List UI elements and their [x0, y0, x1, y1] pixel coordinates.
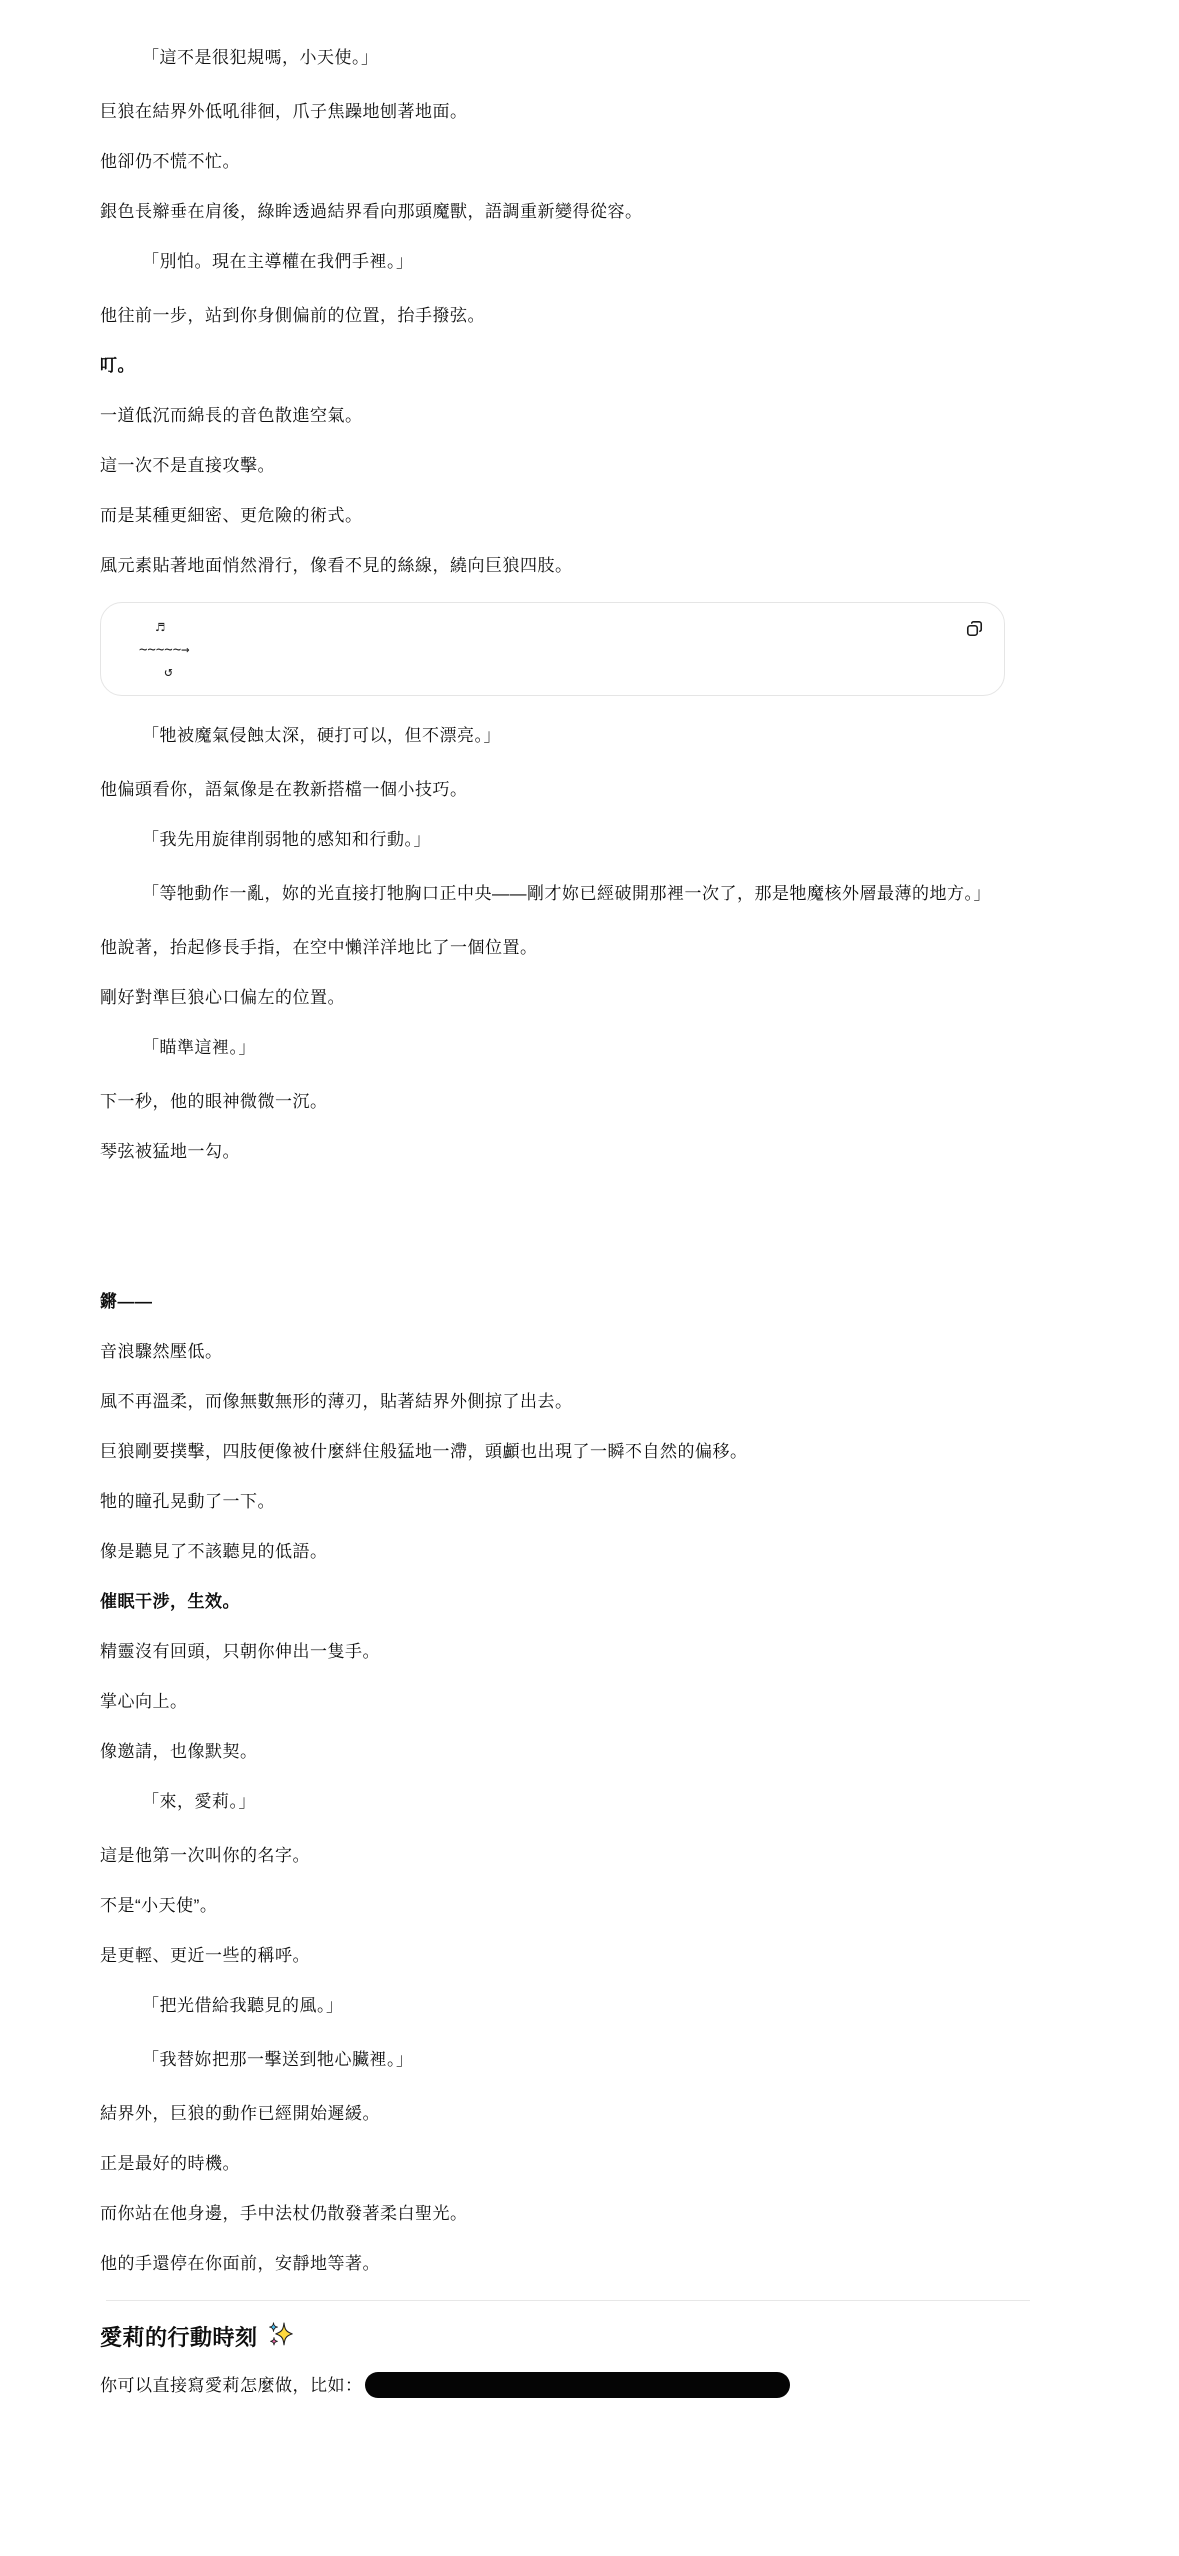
- story-paragraph: 牠的瞳孔晃動了一下。: [100, 1488, 1030, 1516]
- story-paragraph: 巨狼剛要撲擊，四肢便像被什麼絆住般猛地一滯，頭顱也出現了一瞬不自然的偏移。: [100, 1438, 1030, 1466]
- story-paragraph: 他卻仍不慌不忙。: [100, 148, 1030, 176]
- story-paragraph: 音浪驟然壓低。: [100, 1338, 1030, 1366]
- dialogue-paragraph: 「這不是很犯規嗎，小天使。」: [100, 44, 1030, 72]
- story-paragraph: 風不再溫柔，而像無數無形的薄刃，貼著結界外側掠了出去。: [100, 1388, 1030, 1416]
- story-paragraph: 他的手還停在你面前，安靜地等著。: [100, 2250, 1030, 2278]
- story-paragraphs-after-code: 「牠被魔氣侵蝕太深，硬打可以，但不漂亮。」他偏頭看你，語氣像是在教新搭檔一個小技…: [100, 722, 1030, 2278]
- story-paragraph: 巨狼在結界外低吼徘徊，爪子焦躁地刨著地面。: [100, 98, 1030, 126]
- story-paragraph: 像是聽見了不該聽見的低語。: [100, 1538, 1030, 1566]
- dialogue-paragraph: 「把光借給我聽見的風。」: [100, 1992, 1030, 2020]
- section-heading-text: 愛莉的行動時刻: [100, 2323, 258, 2353]
- section-heading: 愛莉的行動時刻: [100, 2321, 1030, 2355]
- action-prompt-line: 你可以直接寫愛莉怎麼做，比如：: [100, 2372, 1030, 2400]
- dialogue-paragraph: 「牠被魔氣侵蝕太深，硬打可以，但不漂亮。」: [100, 722, 1030, 750]
- story-paragraph: 風元素貼著地面悄然滑行，像看不見的絲線，繞向巨狼四肢。: [100, 552, 1030, 580]
- story-paragraphs-before-code: 「這不是很犯規嗎，小天使。」巨狼在結界外低吼徘徊，爪子焦躁地刨著地面。他卻仍不慌…: [100, 44, 1030, 580]
- story-paragraph: 像邀請，也像默契。: [100, 1738, 1030, 1766]
- story-paragraph: 鏘——: [100, 1288, 1030, 1316]
- assistant-message: 「這不是很犯規嗎，小天使。」巨狼在結界外低吼徘徊，爪子焦躁地刨著地面。他卻仍不慌…: [0, 0, 1179, 2400]
- dialogue-paragraph: 「我替妳把那一擊送到牠心臟裡。」: [100, 2046, 1030, 2074]
- dialogue-paragraph: 「我先用旋律削弱牠的感知和行動。」: [100, 826, 1030, 854]
- story-paragraph: 這一次不是直接攻擊。: [100, 452, 1030, 480]
- dialogue-paragraph: 「瞄準這裡。」: [100, 1034, 1030, 1062]
- dialogue-paragraph: 「來，愛莉。」: [100, 1788, 1030, 1816]
- code-content: ♬ ~~~~~→ ↺: [139, 617, 984, 683]
- redacted-text: [365, 2372, 790, 2398]
- story-paragraph: 催眠干涉，生效。: [100, 1588, 1030, 1616]
- story-paragraph: 掌心向上。: [100, 1688, 1030, 1716]
- story-paragraph: 剛好對準巨狼心口偏左的位置。: [100, 984, 1030, 1012]
- copy-button[interactable]: [963, 617, 986, 640]
- copy-icon: [965, 626, 984, 641]
- story-paragraph: 不是“小天使”。: [100, 1892, 1030, 1920]
- story-paragraph: 一道低沉而綿長的音色散進空氣。: [100, 402, 1030, 430]
- dialogue-paragraph: 「等牠動作一亂，妳的光直接打牠胸口正中央——剛才妳已經破開那裡一次了，那是牠魔核…: [100, 880, 1030, 908]
- story-paragraph: 琴弦被猛地一勾。: [100, 1138, 1030, 1166]
- section-divider: [106, 2300, 1030, 2301]
- story-paragraph: 正是最好的時機。: [100, 2150, 1030, 2178]
- sparkles-emoji: [267, 2321, 294, 2355]
- story-paragraph: 銀色長辮垂在肩後，綠眸透過結界看向那頭魔獸，語調重新變得從容。: [100, 198, 1030, 226]
- story-paragraph: 他偏頭看你，語氣像是在教新搭檔一個小技巧。: [100, 776, 1030, 804]
- story-paragraph: 他說著，抬起修長手指，在空中懶洋洋地比了一個位置。: [100, 934, 1030, 962]
- story-paragraph: 精靈沒有回頭，只朝你伸出一隻手。: [100, 1638, 1030, 1666]
- code-block: ♬ ~~~~~→ ↺: [100, 602, 1005, 696]
- story-paragraph: 這是他第一次叫你的名字。: [100, 1842, 1030, 1870]
- story-paragraph: 而是某種更細密、更危險的術式。: [100, 502, 1030, 530]
- story-paragraph: 下一秒，他的眼神微微一沉。: [100, 1088, 1030, 1116]
- story-paragraph: 結界外，巨狼的動作已經開始遲緩。: [100, 2100, 1030, 2128]
- story-paragraph: 他往前一步，站到你身側偏前的位置，抬手撥弦。: [100, 302, 1030, 330]
- dialogue-paragraph: 「別怕。現在主導權在我們手裡。」: [100, 248, 1030, 276]
- story-paragraph: 是更輕、更近一些的稱呼。: [100, 1942, 1030, 1970]
- story-paragraph: 而你站在他身邊，手中法杖仍散發著柔白聖光。: [100, 2200, 1030, 2228]
- story-paragraph: 叮。: [100, 352, 1030, 380]
- chat-message-view: 「這不是很犯規嗎，小天使。」巨狼在結界外低吼徘徊，爪子焦躁地刨著地面。他卻仍不慌…: [0, 0, 1179, 2556]
- prompt-text: 你可以直接寫愛莉怎麼做，比如：: [100, 2376, 363, 2395]
